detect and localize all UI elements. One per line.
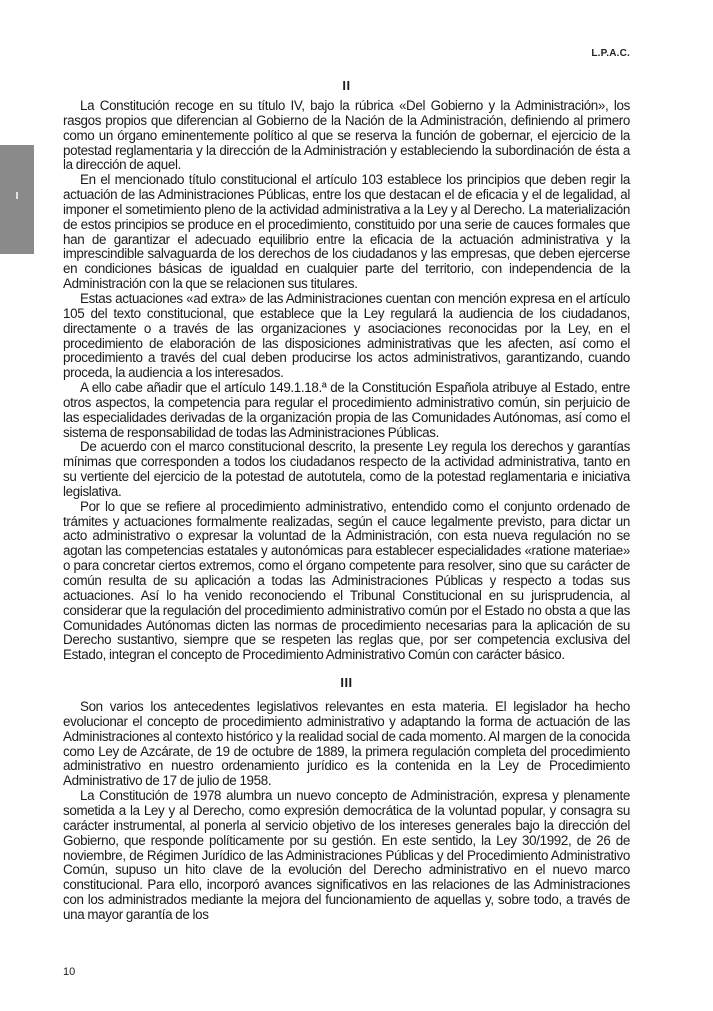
paragraph: Son varios los antecedentes legislativos… bbox=[63, 700, 630, 789]
page-number: 10 bbox=[63, 966, 75, 978]
running-head: L.P.A.C. bbox=[560, 48, 630, 59]
section-side-tab: I bbox=[0, 145, 34, 254]
paragraph: Estas actuaciones «ad extra» de las Admi… bbox=[63, 292, 630, 381]
paragraph: La Constitución recoge en su título IV, … bbox=[63, 99, 630, 173]
paragraph: En el mencionado título constitucional e… bbox=[63, 173, 630, 292]
section-heading-ii: II bbox=[63, 78, 630, 93]
document-page: L.P.A.C. I II La Constitución recoge en … bbox=[0, 0, 713, 1011]
paragraph: La Constitución de 1978 alumbra un nuevo… bbox=[63, 789, 630, 923]
paragraph: De acuerdo con el marco constitucional d… bbox=[63, 440, 630, 499]
side-tab-label: I bbox=[0, 191, 34, 202]
paragraph: A ello cabe añadir que el artículo 149.1… bbox=[63, 381, 630, 440]
section-heading-iii: III bbox=[63, 675, 630, 690]
paragraph: Por lo que se refiere al procedimiento a… bbox=[63, 500, 630, 663]
body-text: II La Constitución recoge en su título I… bbox=[63, 78, 630, 923]
